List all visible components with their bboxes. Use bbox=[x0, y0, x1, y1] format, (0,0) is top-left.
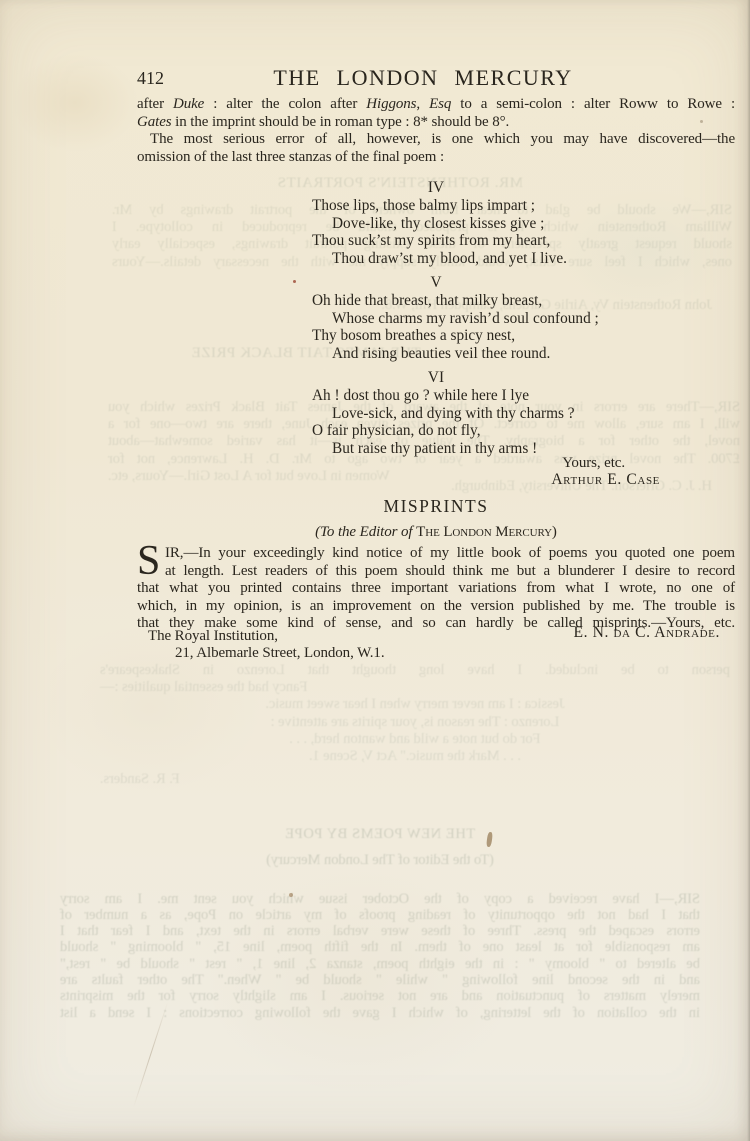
journal-title: THE LONDON MERCURY bbox=[137, 66, 709, 90]
poem-line: Oh hide that breast, that milky breast, bbox=[137, 292, 735, 310]
poem-line: And rising beauties veil thee round. bbox=[137, 345, 735, 363]
text-line: that what you printed contains three imp… bbox=[137, 580, 735, 598]
text-line: IR,—In your exceedingly kind notice of m… bbox=[137, 545, 735, 563]
text-run-italic: Esq bbox=[429, 96, 451, 112]
poem-line: Thy bosom breathes a spicy nest, bbox=[137, 327, 735, 345]
poem-line: Dove-like, thy closest kisses give ; bbox=[137, 215, 735, 233]
poem-line: Thou suck’st my spirits from my heart, bbox=[137, 232, 735, 250]
paper-speck bbox=[700, 120, 703, 123]
text-line: omission of the last three stanzas of th… bbox=[137, 149, 735, 167]
editor-line-suffix: ) bbox=[552, 524, 557, 540]
letter2-address-2: 21, Albemarle Street, London, W.1. bbox=[137, 645, 750, 663]
stanza-4: IV Those lips, those balmy lips impart ;… bbox=[137, 179, 735, 267]
stanza-numeral: V bbox=[137, 274, 735, 292]
page-scan: MR. ROTHENSTEIN'S PORTRAITS SIR,—We shou… bbox=[0, 0, 750, 1141]
stanza-5: V Oh hide that breast, that milky breast… bbox=[137, 274, 735, 362]
letter1-yours: Yours, etc. bbox=[137, 455, 735, 473]
drop-cap: S bbox=[137, 543, 160, 579]
text-line: which, in my opinion, is an improvement … bbox=[137, 598, 735, 616]
text-line: Gates in the imprint should be in roman … bbox=[137, 114, 735, 132]
text-run: , bbox=[416, 96, 429, 112]
text-run-italic: Duke bbox=[173, 96, 204, 112]
stanza-6: VI Ah ! dost thou go ? while here I lye … bbox=[137, 369, 735, 457]
paper-speck bbox=[293, 280, 296, 283]
paper-speck bbox=[289, 893, 293, 897]
text-line: The most serious error of all, however, … bbox=[137, 131, 735, 149]
editor-line: (To the Editor of The London Mercury) bbox=[137, 524, 735, 542]
journal-name-smallcaps: The London Mercury bbox=[416, 524, 552, 540]
poem-line: Those lips, those balmy lips impart ; bbox=[137, 197, 735, 215]
stanza-numeral: IV bbox=[137, 179, 735, 197]
editor-line-prefix: (To the Editor of bbox=[315, 524, 416, 540]
masthead: 412 THE LONDON MERCURY bbox=[137, 66, 735, 90]
text-run-italic: Higgons bbox=[366, 96, 416, 112]
text-run: : alter the colon after bbox=[204, 96, 366, 112]
text-run: to a semi-colon : alter Roww to Rowe : bbox=[451, 96, 735, 112]
text-run-italic: Gates bbox=[137, 114, 172, 130]
letter2-signature: E. N. da C. Andrade. bbox=[137, 624, 735, 642]
poem-line: Love-sick, and dying with thy charms ? bbox=[137, 405, 735, 423]
poem-line: O fair physician, do not fly, bbox=[137, 422, 735, 440]
section-title-misprints: MISPRINTS bbox=[137, 498, 735, 516]
poem-line: Thou draw’st my blood, and yet I live. bbox=[137, 250, 735, 268]
text-line: after Duke : alter the colon after Higgo… bbox=[137, 96, 735, 114]
stanza-numeral: VI bbox=[137, 369, 735, 387]
poem-line: Whose charms my ravish’d soul confound ; bbox=[137, 310, 735, 328]
letter1-signature: Arthur E. Case bbox=[137, 471, 735, 489]
text-run: after bbox=[137, 96, 173, 112]
misprints-letter-paragraph: IR,—In your exceedingly kind notice of m… bbox=[137, 545, 735, 633]
poem-line: Ah ! dost thou go ? while here I lye bbox=[137, 387, 735, 405]
corrections-paragraph: after Duke : alter the colon after Higgo… bbox=[137, 96, 735, 166]
text-line: at length. Lest readers of this poem sho… bbox=[137, 563, 735, 581]
text-run: in the imprint should be in roman type :… bbox=[172, 114, 510, 130]
page-content: 412 THE LONDON MERCURY after Duke : alte… bbox=[137, 0, 735, 1141]
